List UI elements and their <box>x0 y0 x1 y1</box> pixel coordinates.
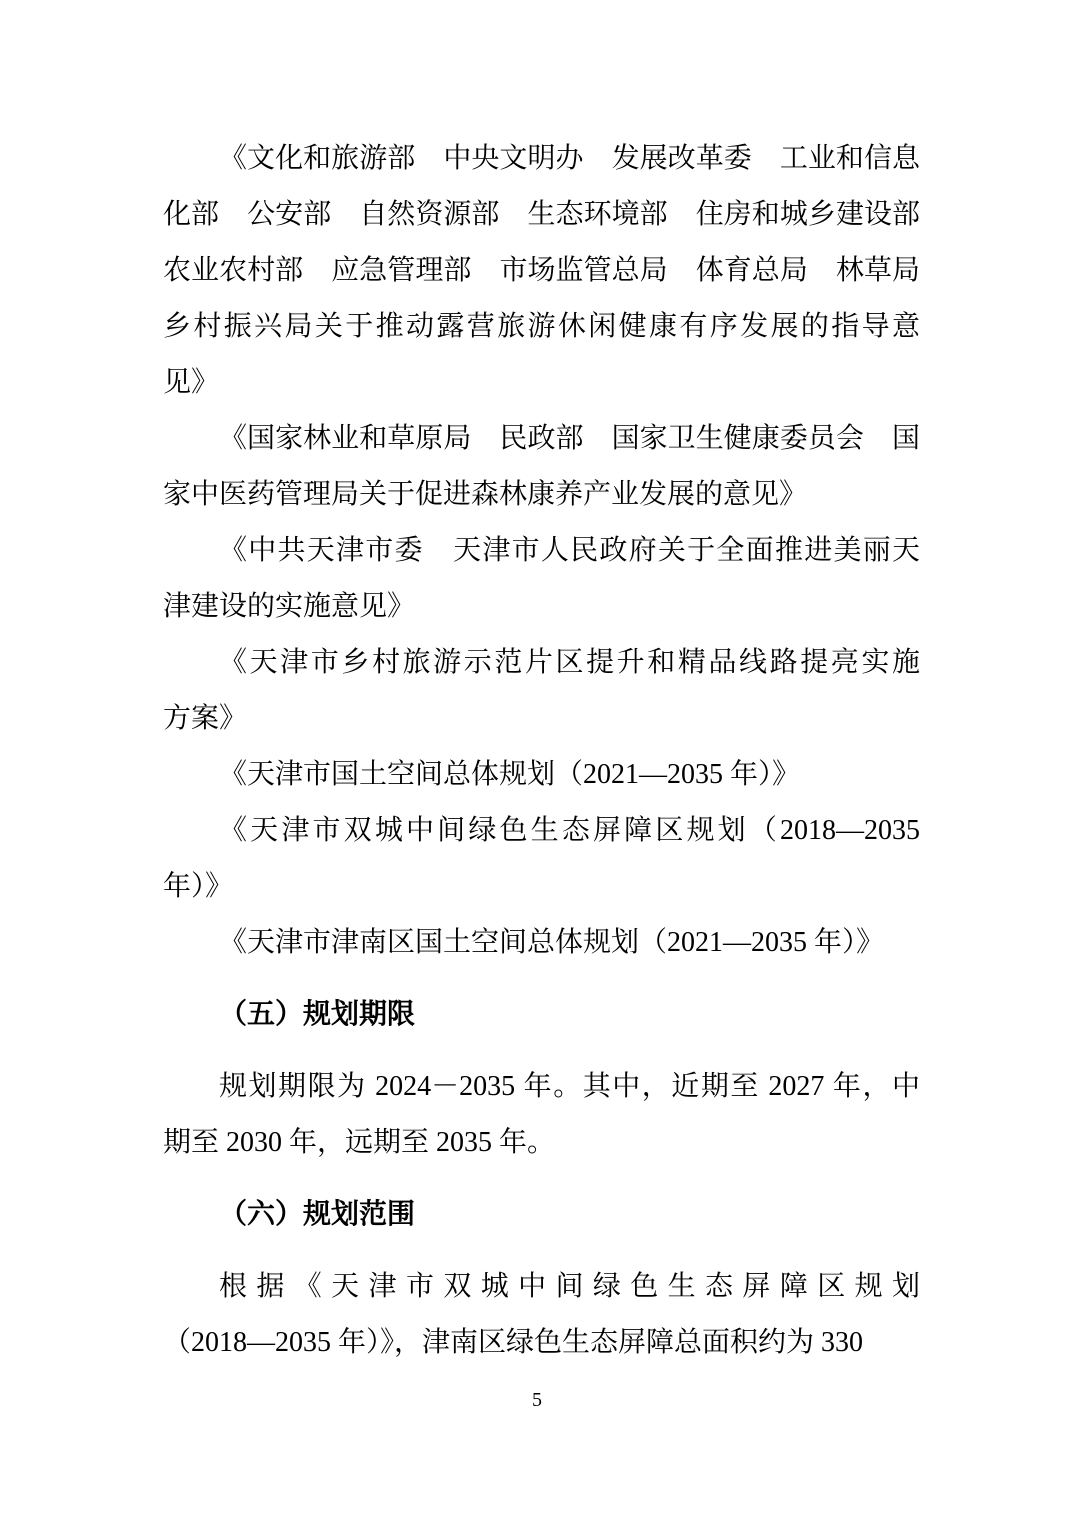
text-line: 乡村振兴局关于推动露营旅游休闲健康有序发展的指导意 <box>163 299 920 355</box>
page-number: 5 <box>0 1388 1074 1412</box>
text-line: 见》 <box>163 355 920 411</box>
document-page: 《文化和旅游部 中央文明办 发展改革委 工业和信息化部 公安部 自然资源部 生态… <box>0 0 1074 1520</box>
text-line: 《中共天津市委 天津市人民政府关于全面推进美丽天 <box>163 523 920 579</box>
document-body: 《文化和旅游部 中央文明办 发展改革委 工业和信息化部 公安部 自然资源部 生态… <box>163 131 920 1371</box>
text-line: 《天津市津南区国土空间总体规划（2021—2035 年）》 <box>163 915 920 971</box>
text-line: 年）》 <box>163 859 920 915</box>
heading: （六）规划范围 <box>163 1187 920 1243</box>
text-line: 根据《天津市双城中间绿色生态屏障区规划 <box>163 1259 920 1315</box>
text-line: 期至 2030 年，远期至 2035 年。 <box>163 1115 920 1171</box>
text-line: 家中医药管理局关于促进森林康养产业发展的意见》 <box>163 467 920 523</box>
text-line: 津建设的实施意见》 <box>163 579 920 635</box>
heading-line: （五）规划期限 <box>163 987 920 1043</box>
text-line: 《天津市乡村旅游示范片区提升和精品线路提亮实施 <box>163 635 920 691</box>
paragraph: 规划期限为 2024－2035 年。其中，近期至 2027 年，中期至 2030… <box>163 1059 920 1171</box>
text-line: （2018—2035 年）》，津南区绿色生态屏障总面积约为 330 <box>163 1315 920 1371</box>
text-line: 化部 公安部 自然资源部 生态环境部 住房和城乡建设部 <box>163 187 920 243</box>
text-line: 农业农村部 应急管理部 市场监管总局 体育总局 林草局 <box>163 243 920 299</box>
paragraph: 《国家林业和草原局 民政部 国家卫生健康委员会 国家中医药管理局关于促进森林康养… <box>163 411 920 523</box>
text-line: 《文化和旅游部 中央文明办 发展改革委 工业和信息 <box>163 131 920 187</box>
heading: （五）规划期限 <box>163 987 920 1043</box>
paragraph: 《天津市双城中间绿色生态屏障区规划（2018—2035年）》 <box>163 803 920 915</box>
text-line: 《国家林业和草原局 民政部 国家卫生健康委员会 国 <box>163 411 920 467</box>
paragraph: 《中共天津市委 天津市人民政府关于全面推进美丽天津建设的实施意见》 <box>163 523 920 635</box>
paragraph: 根据《天津市双城中间绿色生态屏障区规划（2018—2035 年）》，津南区绿色生… <box>163 1259 920 1371</box>
text-line: 规划期限为 2024－2035 年。其中，近期至 2027 年，中 <box>163 1059 920 1115</box>
text-line: 《天津市国土空间总体规划（2021—2035 年）》 <box>163 747 920 803</box>
paragraph: 《天津市津南区国土空间总体规划（2021—2035 年）》 <box>163 915 920 971</box>
paragraph: 《天津市国土空间总体规划（2021—2035 年）》 <box>163 747 920 803</box>
text-line: 《天津市双城中间绿色生态屏障区规划（2018—2035 <box>163 803 920 859</box>
heading-line: （六）规划范围 <box>163 1187 920 1243</box>
text-line: 方案》 <box>163 691 920 747</box>
paragraph: 《文化和旅游部 中央文明办 发展改革委 工业和信息化部 公安部 自然资源部 生态… <box>163 131 920 411</box>
paragraph: 《天津市乡村旅游示范片区提升和精品线路提亮实施方案》 <box>163 635 920 747</box>
